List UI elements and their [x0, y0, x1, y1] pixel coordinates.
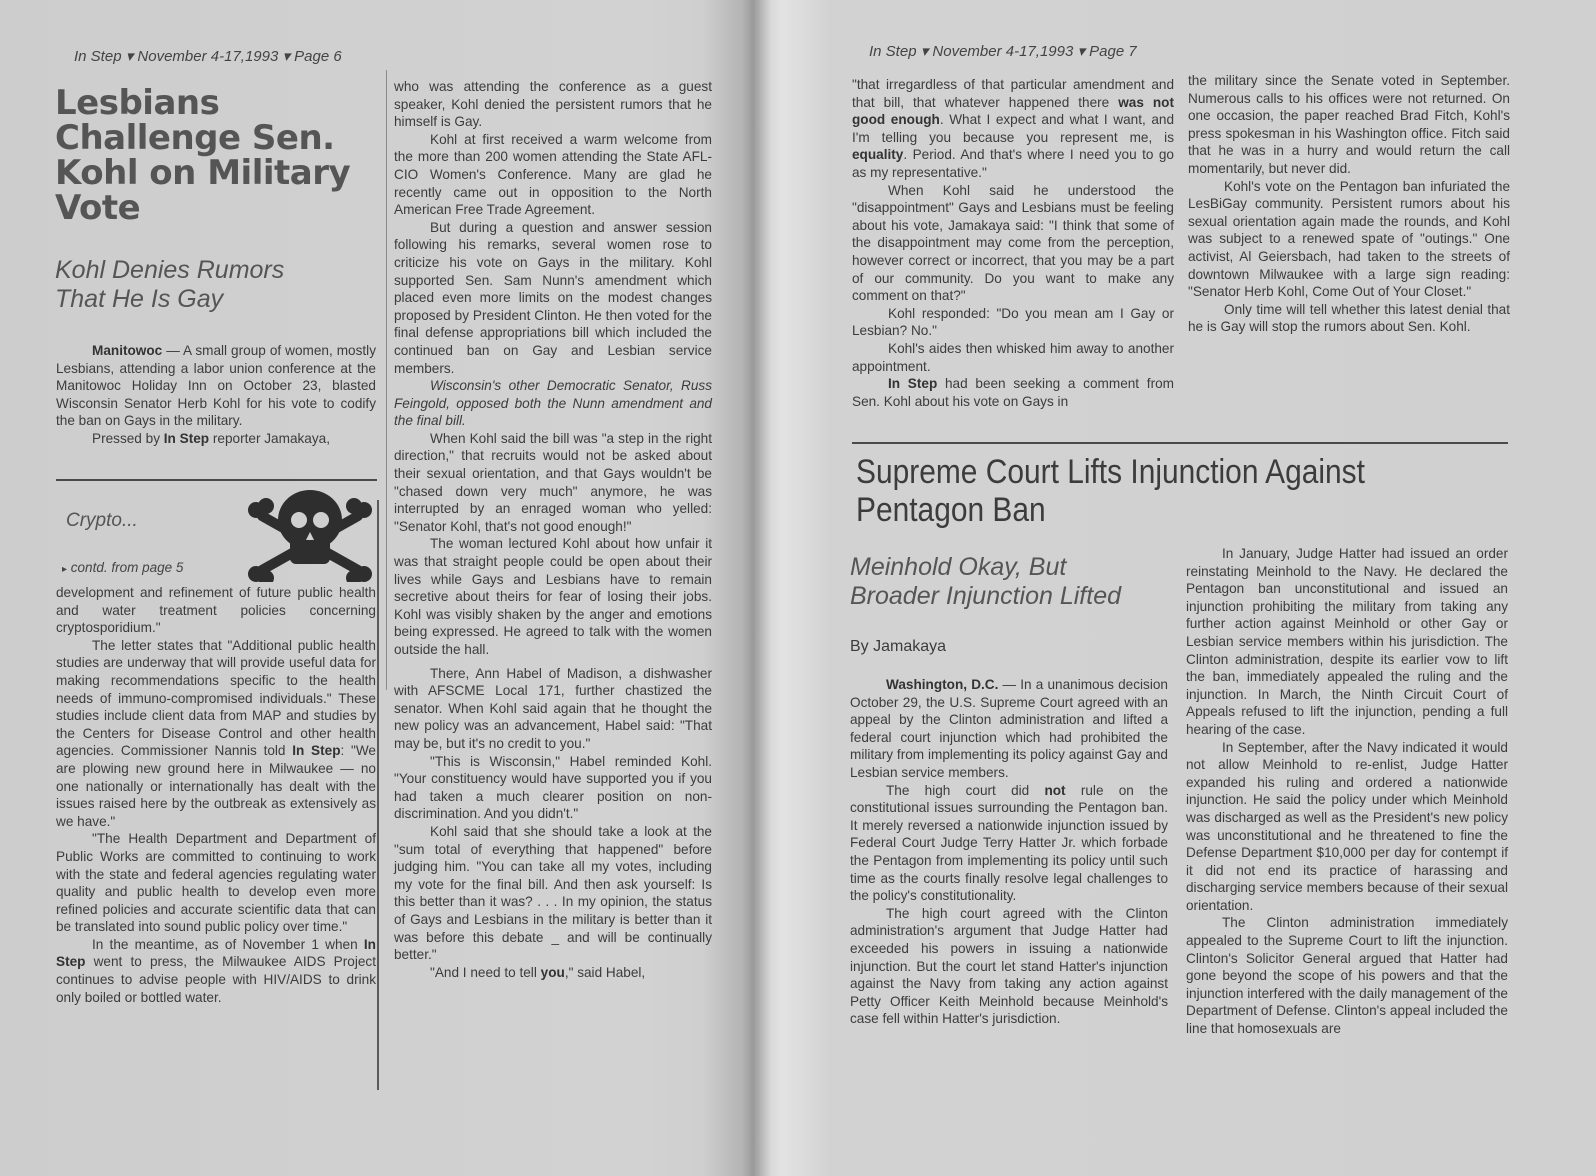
column-rule — [377, 500, 379, 1090]
kohl-col2: who was attending the conference as a gu… — [394, 78, 712, 981]
headline-line: Vote — [55, 191, 350, 226]
paragraph: The high court did not rule on the const… — [850, 782, 1168, 905]
text: — In a unanimous decision October 29, th… — [850, 677, 1168, 780]
deck-line: Meinhold Okay, But — [850, 553, 1121, 582]
text: went to press, the Milwaukee AIDS Projec… — [56, 954, 376, 1004]
paragraph: the military since the Senate voted in S… — [1188, 72, 1510, 178]
paragraph: There, Ann Habel of Madison, a dishwashe… — [394, 665, 712, 753]
paragraph: who was attending the conference as a gu… — [394, 78, 712, 131]
text: The high court did — [886, 783, 1044, 798]
paragraph: "This is Wisconsin," Habel reminded Kohl… — [394, 753, 712, 823]
contd-label: contd. from page 5 — [71, 560, 184, 575]
emphasis: equality — [852, 147, 903, 162]
text: rule on the constitutional issues surrou… — [850, 783, 1168, 904]
court-col2: In January, Judge Hatter had issued an o… — [1186, 545, 1508, 1038]
paragraph: When Kohl said the bill was "a step in t… — [394, 430, 712, 536]
publication-name: In Step — [292, 743, 340, 758]
dateline: Manitowoc — [92, 343, 162, 358]
paragraph: "And I need to tell you," said Habel, — [394, 964, 712, 982]
paragraph: "The Health Department and Department of… — [56, 830, 376, 936]
emphasis: not — [1044, 783, 1065, 798]
dateline: Washington, D.C. — [886, 677, 998, 692]
court-headline: Supreme Court Lifts Injunction Against P… — [856, 453, 1365, 529]
skull-crossbones-icon — [244, 486, 376, 582]
headline-line: Supreme Court Lifts Injunction Against — [856, 453, 1365, 491]
kohl-cont-col2: the military since the Senate voted in S… — [1188, 72, 1510, 336]
paragraph: The high court agreed with the Clinton a… — [850, 905, 1168, 1028]
paragraph: The letter states that "Additional publi… — [56, 637, 376, 831]
deck-line: Broader Injunction Lifted — [850, 582, 1121, 611]
paragraph: "that irregardless of that particular am… — [852, 76, 1174, 182]
crypto-column: development and refinement of future pub… — [56, 584, 376, 1006]
paragraph: In Step had been seeking a comment from … — [852, 375, 1174, 410]
deck-line: That He Is Gay — [55, 285, 284, 314]
paragraph: Wisconsin's other Democratic Senator, Ru… — [394, 377, 712, 430]
italic-note: Wisconsin's other Democratic Senator, Ru… — [394, 378, 712, 428]
section-divider — [56, 479, 377, 481]
paragraph: But during a question and answer session… — [394, 219, 712, 377]
paragraph: The woman lectured Kohl about how unfair… — [394, 535, 712, 658]
paragraph: Washington, D.C. — In a unanimous decisi… — [850, 676, 1168, 782]
paragraph: In September, after the Navy indicated i… — [1186, 739, 1508, 915]
text: Commissioner Nannis told — [114, 743, 292, 758]
text: Pressed by — [92, 431, 164, 446]
paragraph: The Clinton administration immediately a… — [1186, 914, 1508, 1037]
paragraph: Pressed by In Step reporter Jamakaya, — [56, 430, 376, 448]
kohl-cont-col1: "that irregardless of that particular am… — [852, 76, 1174, 410]
text: The letter states that "Additional publi… — [56, 638, 376, 759]
kohl-headline: Lesbians Challenge Sen. Kohl on Military… — [55, 86, 350, 226]
section-divider — [852, 442, 1508, 444]
court-col1: Washington, D.C. — In a unanimous decisi… — [850, 676, 1168, 1028]
emphasis: you — [541, 965, 565, 980]
page-header-left: In Step ▾ November 4-17,1993 ▾ Page 6 — [74, 47, 342, 65]
paragraph: In January, Judge Hatter had issued an o… — [1186, 545, 1508, 739]
headline-line: Challenge Sen. — [55, 121, 350, 156]
paragraph: development and refinement of future pub… — [56, 584, 376, 637]
publication-name: In Step — [164, 431, 209, 446]
kohl-col1: Manitowoc — A small group of women, most… — [56, 342, 376, 448]
deck-line: Kohl Denies Rumors — [55, 256, 284, 285]
paragraph: Kohl said that she should take a look at… — [394, 823, 712, 964]
paragraph: Kohl responded: "Do you mean am I Gay or… — [852, 305, 1174, 340]
paragraph: When Kohl said he understood the "disapp… — [852, 182, 1174, 305]
text: In the meantime, as of November 1 when — [92, 937, 364, 952]
continued-from-note: ▸ contd. from page 5 — [62, 560, 183, 575]
text: "And I need to tell — [430, 965, 541, 980]
headline-line: Kohl on Military — [55, 156, 350, 191]
court-deck: Meinhold Okay, But Broader Injunction Li… — [850, 553, 1121, 611]
text: reporter Jamakaya, — [209, 431, 330, 446]
text: ," said Habel, — [565, 965, 645, 980]
column-rule — [386, 70, 387, 690]
paragraph: Manitowoc — A small group of women, most… — [56, 342, 376, 430]
headline-line: Pentagon Ban — [856, 491, 1365, 529]
bullet-icon: ▸ — [62, 564, 67, 575]
magazine-spread: In Step ▾ November 4-17,1993 ▾ Page 6 Le… — [0, 0, 1596, 1176]
crypto-title: Crypto... — [66, 510, 138, 532]
paragraph: Kohl at first received a warm welcome fr… — [394, 131, 712, 219]
paragraph: In the meantime, as of November 1 when I… — [56, 936, 376, 1006]
paragraph: Kohl's aides then whisked him away to an… — [852, 340, 1174, 375]
page-header-right: In Step ▾ November 4-17,1993 ▾ Page 7 — [869, 42, 1137, 60]
headline-line: Lesbians — [55, 86, 350, 121]
paragraph: Only time will tell whether this latest … — [1188, 301, 1510, 336]
byline: By Jamakaya — [850, 638, 946, 656]
kohl-deck: Kohl Denies Rumors That He Is Gay — [55, 256, 284, 314]
paragraph: Kohl's vote on the Pentagon ban infuriat… — [1188, 178, 1510, 301]
publication-name: In Step — [888, 376, 937, 391]
